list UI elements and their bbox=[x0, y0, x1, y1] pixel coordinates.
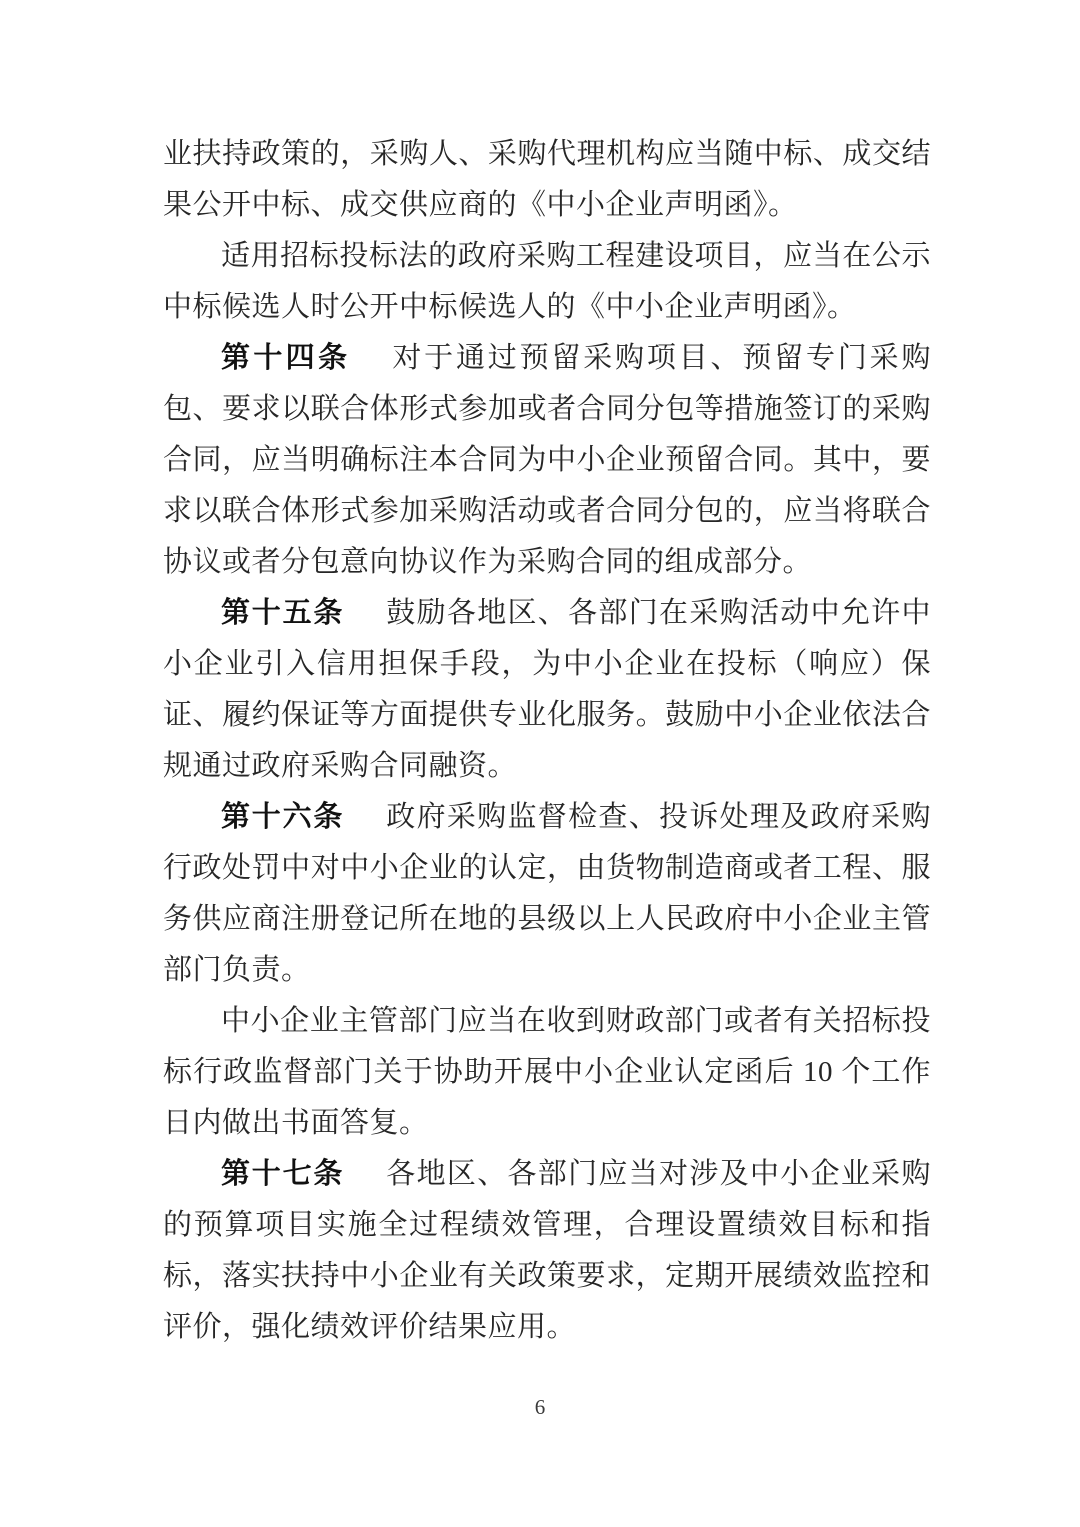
article-heading: 第十四条 bbox=[221, 342, 350, 374]
document-body: 业扶持政策的，采购人、采购代理机构应当随中标、成交结果公开中标、成交供应商的《中… bbox=[163, 129, 931, 1353]
article-heading: 第十六条 bbox=[221, 801, 344, 833]
paragraph-text: 业扶持政策的，采购人、采购代理机构应当随中标、成交结果公开中标、成交供应商的《中… bbox=[163, 138, 931, 221]
paragraph-article-14: 第十四条对于通过预留采购项目、预留专门采购包、要求以联合体形式参加或者合同分包等… bbox=[163, 333, 931, 588]
article-heading: 第十七条 bbox=[221, 1158, 344, 1190]
paragraph-article-17: 第十七条各地区、各部门应当对涉及中小企业采购的预算项目实施全过程绩效管理，合理设… bbox=[163, 1149, 931, 1353]
article-heading: 第十五条 bbox=[221, 597, 344, 629]
paragraph: 业扶持政策的，采购人、采购代理机构应当随中标、成交结果公开中标、成交供应商的《中… bbox=[163, 129, 931, 231]
paragraph: 中小企业主管部门应当在收到财政部门或者有关招标投标行政监督部门关于协助开展中小企… bbox=[163, 996, 931, 1149]
paragraph-text: 适用招标投标法的政府采购工程建设项目，应当在公示中标候选人时公开中标候选人的《中… bbox=[163, 240, 931, 323]
paragraph-article-15: 第十五条鼓励各地区、各部门在采购活动中允许中小企业引入信用担保手段，为中小企业在… bbox=[163, 588, 931, 792]
paragraph: 适用招标投标法的政府采购工程建设项目，应当在公示中标候选人时公开中标候选人的《中… bbox=[163, 231, 931, 333]
paragraph-article-16: 第十六条政府采购监督检查、投诉处理及政府采购行政处罚中对中小企业的认定，由货物制… bbox=[163, 792, 931, 996]
paragraph-text: 中小企业主管部门应当在收到财政部门或者有关招标投标行政监督部门关于协助开展中小企… bbox=[163, 1005, 931, 1139]
page-number: 6 bbox=[0, 1393, 1080, 1421]
document-page: 业扶持政策的，采购人、采购代理机构应当随中标、成交结果公开中标、成交供应商的《中… bbox=[0, 0, 1080, 1527]
paragraph-text: 对于通过预留采购项目、预留专门采购包、要求以联合体形式参加或者合同分包等措施签订… bbox=[163, 342, 931, 578]
